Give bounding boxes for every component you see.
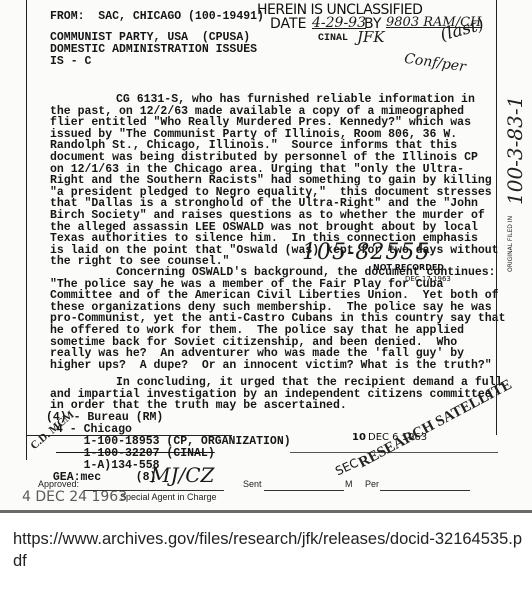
paragraph-line: In concluding, it urged that the recipie… xyxy=(50,377,500,389)
paragraph-line: really was he? An adventurer who was mad… xyxy=(50,348,500,360)
cinal-label: CINAL xyxy=(318,33,348,44)
paragraph-line: he offered to work for them. The police … xyxy=(50,325,500,337)
subject-line-3: IS - C xyxy=(50,56,91,68)
paragraph-line: higher ups? A dupe? Or an innocent victi… xyxy=(50,360,500,372)
paragraph-line: Right and the Southern Racists" had some… xyxy=(50,175,500,187)
paragraph-line: CG 6131-S, who has furnished reliable in… xyxy=(50,94,500,106)
paragraph-line: Birch Society" and raises questions as t… xyxy=(50,210,500,222)
sent-label: Sent xyxy=(243,479,262,489)
distribution-line-3: 1-100-18953 (CP, ORGANIZATION) xyxy=(56,436,291,448)
received-stamp-date: DEC 17 1963 xyxy=(405,275,451,283)
source-url[interactable]: https://www.archives.gov/files/research/… xyxy=(13,528,523,572)
scanned-document: FROM: SAC, CHICAGO (100-19491) COMMUNIST… xyxy=(0,0,532,512)
handwritten-file-number: 105-82555 xyxy=(302,240,430,265)
sent-rule xyxy=(264,490,344,491)
m-label: M xyxy=(345,479,353,489)
handwritten-initials: MJ/CZ xyxy=(150,463,214,487)
paragraph-3: In concluding, it urged that the recipie… xyxy=(50,377,500,412)
agent-in-charge-label: Special Agent in Charge xyxy=(120,492,217,502)
from-line: FROM: SAC, CHICAGO (100-19491) xyxy=(50,11,264,23)
declass-date-label: DATE xyxy=(270,16,306,32)
paragraph-line: document was being distributed by person… xyxy=(50,152,500,164)
searched-prefix: 10 xyxy=(352,432,366,443)
handwritten-jfk: JFK xyxy=(357,28,385,46)
not-recorded-stamp: NOT RECORDED xyxy=(373,263,444,272)
distribution-line-5: 1-A)134-558 xyxy=(56,460,160,472)
per-label: Per xyxy=(365,479,379,489)
paragraph-line: Texas authorities to silence him. In thi… xyxy=(50,233,500,245)
distribution-line-2: 4 - Chicago xyxy=(56,424,132,436)
paragraph-1: CG 6131-S, who has furnished reliable in… xyxy=(50,94,500,268)
side-file-number: 100-3-83-1 xyxy=(503,96,527,205)
handwritten-conf: Conf/per xyxy=(403,51,467,75)
per-rule xyxy=(380,490,470,491)
original-filed-stamp: ORIGINAL FILED IN xyxy=(507,216,514,272)
image-bottom-edge xyxy=(0,510,532,513)
approved-label: Approved: xyxy=(38,479,79,489)
distribution-line-4: 1-100-32207 (CINAL) xyxy=(56,448,215,460)
date-stamp-bottom: 4 DEC 24 1963 xyxy=(22,489,127,505)
page-border-left xyxy=(26,0,27,460)
